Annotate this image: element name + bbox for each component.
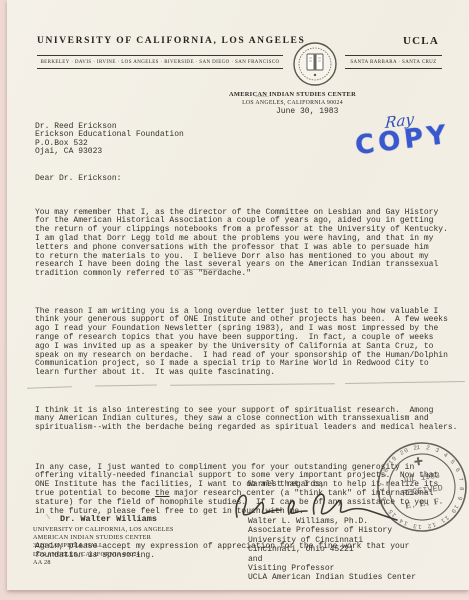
campus-list-left-text: BERKELEY · DAVIS · IRVINE · LOS ANGELES … (40, 60, 279, 65)
letterhead-university-title: UNIVERSITY OF CALIFORNIA, LOS ANGELES (37, 36, 305, 46)
paragraph-2: The reason I am writing you is a long ov… (35, 308, 463, 378)
stamp-cross-icon (414, 457, 423, 466)
uc-seal-icon (293, 42, 337, 86)
letter-paper: UNIVERSITY OF CALIFORNIA, LOS ANGELES UC… (7, 0, 469, 590)
campus-list-right: SANTA BARBARA · SANTA CRUZ (345, 55, 442, 69)
printed-return-address: UNIVERSITY OF CALIFORNIA, LOS ANGELES AM… (33, 526, 174, 567)
typed-sender-name: Dr. Walter Williams (60, 514, 157, 524)
letter-date: June 30, 1983 (276, 107, 338, 116)
scanned-letter: UNIVERSITY OF CALIFORNIA, LOS ANGELES UC… (0, 0, 469, 600)
department-name: AMERICAN INDIAN STUDIES CENTER (200, 91, 385, 98)
department-address: LOS ANGELES, CALIFORNIA 90024 (200, 100, 385, 106)
received-stamp: 1 2 3 4 5 6 7 8 9 10 11 12 13 14 15 16 1… (369, 434, 469, 540)
paragraph-1: You may remember that I, as the director… (35, 209, 463, 279)
recipient-address-block: Dr. Reed Erickson Erickson Educational F… (35, 123, 184, 156)
paragraph-4-underlined-word: the (155, 489, 169, 498)
svg-text:1 2 3 4 5 6 7 8 9 10 11 12 13: 1 2 3 4 5 6 7 8 9 10 11 12 13 14 15 16 1… (369, 434, 469, 537)
campus-list-left: BERKELEY · DAVIS · IRVINE · LOS ANGELES … (37, 55, 283, 69)
letterhead-ucla-wordmark: UCLA (403, 35, 439, 47)
paragraph-3: I think it is also interesting to see yo… (35, 407, 463, 433)
stamp-dial-numbers: 1 2 3 4 5 6 7 8 9 10 11 12 13 14 15 16 1… (369, 434, 469, 537)
salutation: Dear Dr. Erickson: (35, 174, 121, 183)
copy-stamp: COPY (354, 117, 469, 161)
campus-list-right-text: SANTA BARBARA · SANTA CRUZ (350, 60, 436, 65)
